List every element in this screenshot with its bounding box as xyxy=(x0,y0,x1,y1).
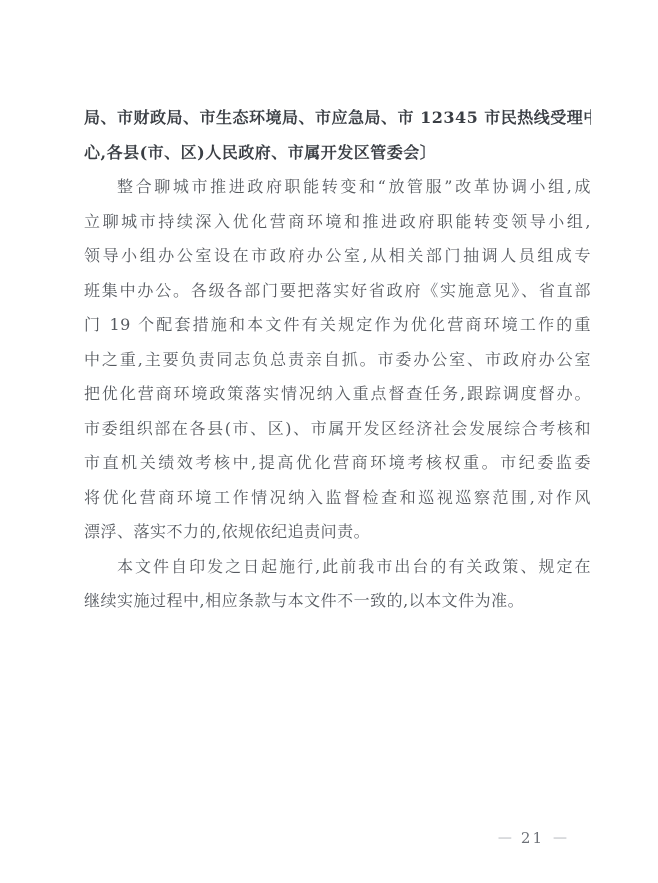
text-line: 市直机关绩效考核中,提高优化营商环境考核权重。市纪委监委 xyxy=(84,446,591,481)
document-page: 局、市财政局、市生态环境局、市应急局、市 12345 市民热线受理中心,各县(市… xyxy=(0,0,658,883)
department-list-continuation: 局、市财政局、市生态环境局、市应急局、市 12345 市民热线受理中心,各县(市… xyxy=(84,101,591,170)
text-line: 漂浮、落实不力的,依规依纪追责问责。 xyxy=(84,515,591,550)
text-line: 中之重,主要负责同志负总责亲自抓。市委办公室、市政府办公室 xyxy=(84,343,591,378)
text-line: 将优化营商环境工作情况纳入监督检查和巡视巡察范围,对作风 xyxy=(84,481,591,516)
document-body: 局、市财政局、市生态环境局、市应急局、市 12345 市民热线受理中心,各县(市… xyxy=(84,101,591,619)
text-line: 本文件自印发之日起施行,此前我市出台的有关政策、规定在 xyxy=(84,550,591,585)
text-line: 心,各县(市、区)人民政府、市属开发区管委会〕 xyxy=(84,136,591,171)
text-line: 领导小组办公室设在市政府办公室,从相关部门抽调人员组成专 xyxy=(84,239,591,274)
text-line: 门 19 个配套措施和本文件有关规定作为优化营商环境工作的重 xyxy=(84,308,591,343)
footer-dash-right: — xyxy=(553,828,567,848)
effective-date-paragraph: 本文件自印发之日起施行,此前我市出台的有关政策、规定在继续实施过程中,相应条款与… xyxy=(84,550,591,619)
text-line: 整合聊城市推进政府职能转变和“放管服”改革协调小组,成 xyxy=(84,170,591,205)
text-line: 把优化营商环境政策落实情况纳入重点督查任务,跟踪调度督办。 xyxy=(84,377,591,412)
text-line: 市委组织部在各县(市、区)、市属开发区经济社会发展综合考核和 xyxy=(84,412,591,447)
text-line: 局、市财政局、市生态环境局、市应急局、市 12345 市民热线受理中 xyxy=(84,101,591,136)
page-number: 21 xyxy=(521,828,544,848)
text-line: 班集中办公。各级各部门要把落实好省政府《实施意见》、省直部 xyxy=(84,274,591,309)
page-footer: — 21 — xyxy=(498,828,567,848)
coordination-paragraph: 整合聊城市推进政府职能转变和“放管服”改革协调小组,成立聊城市持续深入优化营商环… xyxy=(84,170,591,550)
footer-dash-left: — xyxy=(498,828,512,848)
text-line: 继续实施过程中,相应条款与本文件不一致的,以本文件为准。 xyxy=(84,584,591,619)
text-line: 立聊城市持续深入优化营商环境和推进政府职能转变领导小组, xyxy=(84,205,591,240)
